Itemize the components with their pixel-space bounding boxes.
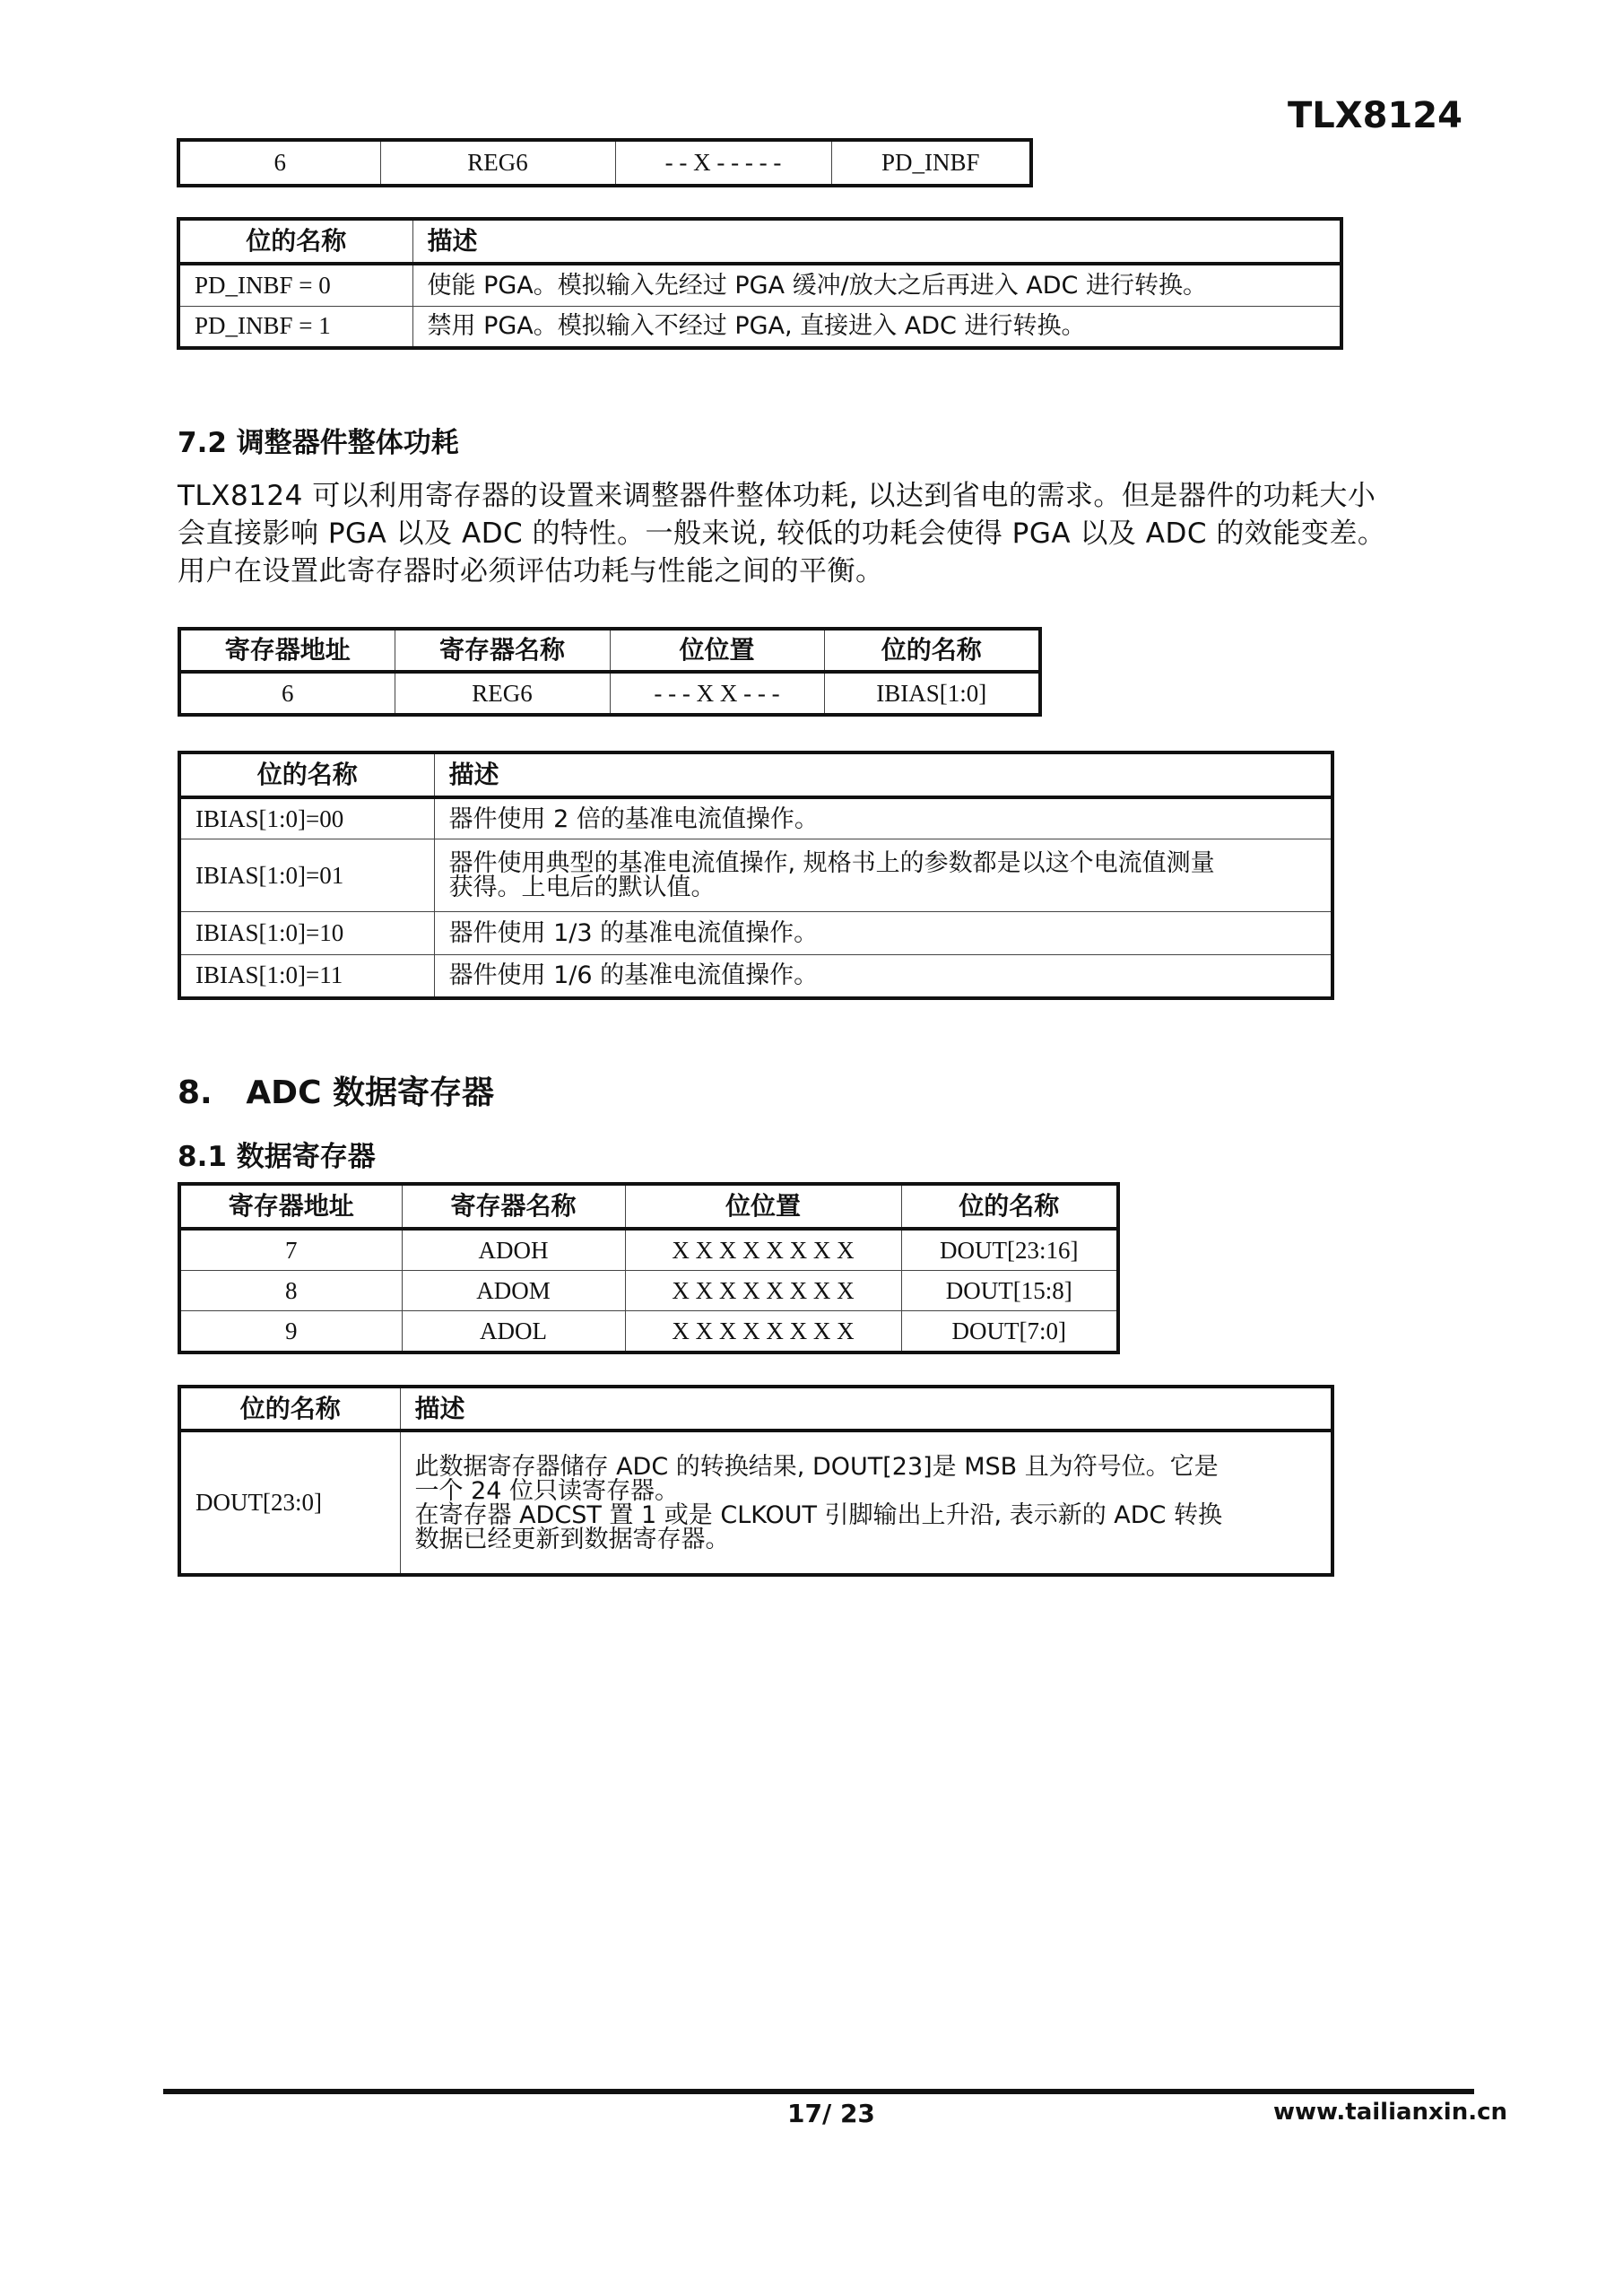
column-header: 寄存器名称 <box>395 629 610 672</box>
document-title: TLX8124 <box>1288 95 1462 136</box>
bit-position: X X X X X X X X <box>625 1311 901 1353</box>
column-header: 描述 <box>400 1387 1332 1431</box>
table-row: PD_INBF = 1 禁用 PGA。模拟输入不经过 PGA, 直接进入 ADC… <box>178 306 1341 348</box>
column-header: 寄存器名称 <box>402 1184 625 1229</box>
column-header: 位位置 <box>610 629 824 672</box>
paragraph-line: 用户在设置此寄存器时必须评估功耗与性能之间的平衡。 <box>178 552 1469 590</box>
table-row: PD_INBF = 0 使能 PGA。模拟输入先经过 PGA 缓冲/放大之后再进… <box>178 264 1341 306</box>
register-name: REG6 <box>395 672 610 715</box>
bit-value: PD_INBF = 0 <box>178 264 412 306</box>
description-line: 此数据寄存器储存 ADC 的转换结果, DOUT[23]是 MSB 且为符号位。… <box>415 1455 1332 1479</box>
table-header-row: 寄存器地址 寄存器名称 位位置 位的名称 <box>179 1184 1118 1229</box>
column-header: 寄存器地址 <box>179 629 395 672</box>
column-header: 位的名称 <box>179 752 434 797</box>
section-7-2-paragraph: TLX8124 可以利用寄存器的设置来调整器件整体功耗, 以达到省电的需求。但是… <box>178 477 1469 590</box>
register-address: 8 <box>179 1271 402 1311</box>
register-name: REG6 <box>380 140 615 186</box>
column-header: 位的名称 <box>178 219 412 264</box>
bit-name: DOUT[7:0] <box>901 1311 1118 1353</box>
table-row: IBIAS[1:0]=11 器件使用 1/6 的基准电流值操作。 <box>179 955 1332 998</box>
table-header-row: 位的名称 描述 <box>179 1387 1332 1431</box>
register-name: ADOL <box>402 1311 625 1353</box>
column-header: 位位置 <box>625 1184 901 1229</box>
bit-value: PD_INBF = 1 <box>178 306 412 348</box>
column-header: 描述 <box>412 219 1341 264</box>
description-line: 数据已经更新到数据寄存器。 <box>415 1527 1332 1552</box>
column-header: 位的名称 <box>824 629 1040 672</box>
table-row: DOUT[23:0] 此数据寄存器储存 ADC 的转换结果, DOUT[23]是… <box>179 1431 1332 1575</box>
bit-value: IBIAS[1:0]=01 <box>179 839 434 912</box>
column-header: 描述 <box>434 752 1332 797</box>
register-address: 7 <box>179 1229 402 1271</box>
paragraph-line: TLX8124 可以利用寄存器的设置来调整器件整体功耗, 以达到省电的需求。但是… <box>178 477 1469 515</box>
column-header: 位的名称 <box>901 1184 1118 1229</box>
section-heading-8: 8. ADC 数据寄存器 <box>178 1067 494 1113</box>
table-row: 6 REG6 - - - X X - - - IBIAS[1:0] <box>179 672 1040 715</box>
column-header: 位的名称 <box>179 1387 400 1431</box>
description-line: 获得。上电后的默认值。 <box>449 875 1332 900</box>
bit-description: 器件使用 2 倍的基准电流值操作。 <box>434 797 1332 839</box>
section-heading-8-1: 8.1 数据寄存器 <box>178 1134 376 1174</box>
register-name: ADOM <box>402 1271 625 1311</box>
table-header-row: 位的名称 描述 <box>178 219 1341 264</box>
pd-inbf-desc-table: 位的名称 描述 PD_INBF = 0 使能 PGA。模拟输入先经过 PGA 缓… <box>177 217 1343 350</box>
register-address: 6 <box>179 672 395 715</box>
column-header: 寄存器地址 <box>179 1184 402 1229</box>
page-number: 17/ 23 <box>787 2099 875 2128</box>
dout-desc-table: 位的名称 描述 DOUT[23:0] 此数据寄存器储存 ADC 的转换结果, D… <box>178 1385 1334 1577</box>
table-row: 8 ADOM X X X X X X X X DOUT[15:8] <box>179 1271 1118 1311</box>
ibias-desc-table: 位的名称 描述 IBIAS[1:0]=00 器件使用 2 倍的基准电流值操作。 … <box>178 751 1334 1000</box>
bit-name: PD_INBF <box>831 140 1031 186</box>
bit-name: DOUT[15:8] <box>901 1271 1118 1311</box>
bit-position: X X X X X X X X <box>625 1229 901 1271</box>
reg-pd-inbf-table: 6 REG6 - - X - - - - - PD_INBF <box>177 138 1033 187</box>
table-row: 7 ADOH X X X X X X X X DOUT[23:16] <box>179 1229 1118 1271</box>
bit-value: DOUT[23:0] <box>179 1431 400 1575</box>
register-address: 6 <box>178 140 380 186</box>
bit-value: IBIAS[1:0]=10 <box>179 912 434 955</box>
bit-description: 器件使用 1/6 的基准电流值操作。 <box>434 955 1332 998</box>
register-name: ADOH <box>402 1229 625 1271</box>
register-address: 9 <box>179 1311 402 1353</box>
bit-description: 禁用 PGA。模拟输入不经过 PGA, 直接进入 ADC 进行转换。 <box>412 306 1341 348</box>
bit-position: - - X - - - - - <box>615 140 831 186</box>
bit-position: X X X X X X X X <box>625 1271 901 1311</box>
footer-divider <box>163 2089 1474 2094</box>
bit-description: 器件使用 1/3 的基准电流值操作。 <box>434 912 1332 955</box>
table-row: IBIAS[1:0]=10 器件使用 1/3 的基准电流值操作。 <box>179 912 1332 955</box>
table-row: 6 REG6 - - X - - - - - PD_INBF <box>178 140 1031 186</box>
bit-description: 此数据寄存器储存 ADC 的转换结果, DOUT[23]是 MSB 且为符号位。… <box>400 1431 1332 1575</box>
data-register-table: 寄存器地址 寄存器名称 位位置 位的名称 7 ADOH X X X X X X … <box>178 1182 1120 1354</box>
description-line: 器件使用典型的基准电流值操作, 规格书上的参数都是以这个电流值测量 <box>449 851 1332 875</box>
bit-name: DOUT[23:16] <box>901 1229 1118 1271</box>
table-row: IBIAS[1:0]=00 器件使用 2 倍的基准电流值操作。 <box>179 797 1332 839</box>
bit-description: 器件使用典型的基准电流值操作, 规格书上的参数都是以这个电流值测量 获得。上电后… <box>434 839 1332 912</box>
bit-value: IBIAS[1:0]=11 <box>179 955 434 998</box>
table-row: 9 ADOL X X X X X X X X DOUT[7:0] <box>179 1311 1118 1353</box>
section-heading-7-2: 7.2 调整器件整体功耗 <box>178 420 459 460</box>
bit-description: 使能 PGA。模拟输入先经过 PGA 缓冲/放大之后再进入 ADC 进行转换。 <box>412 264 1341 306</box>
table-row: IBIAS[1:0]=01 器件使用典型的基准电流值操作, 规格书上的参数都是以… <box>179 839 1332 912</box>
website-link: www.tailianxin.cn <box>1273 2099 1507 2126</box>
description-line: 一个 24 位只读寄存器。 <box>415 1479 1332 1503</box>
bit-value: IBIAS[1:0]=00 <box>179 797 434 839</box>
bit-position: - - - X X - - - <box>610 672 824 715</box>
paragraph-line: 会直接影响 PGA 以及 ADC 的特性。一般来说, 较低的功耗会使得 PGA … <box>178 515 1469 552</box>
bit-name: IBIAS[1:0] <box>824 672 1040 715</box>
description-line: 在寄存器 ADCST 置 1 或是 CLKOUT 引脚输出上升沿, 表示新的 A… <box>415 1503 1332 1527</box>
table-header-row: 寄存器地址 寄存器名称 位位置 位的名称 <box>179 629 1040 672</box>
reg-ibias-table: 寄存器地址 寄存器名称 位位置 位的名称 6 REG6 - - - X X - … <box>178 627 1042 717</box>
table-header-row: 位的名称 描述 <box>179 752 1332 797</box>
